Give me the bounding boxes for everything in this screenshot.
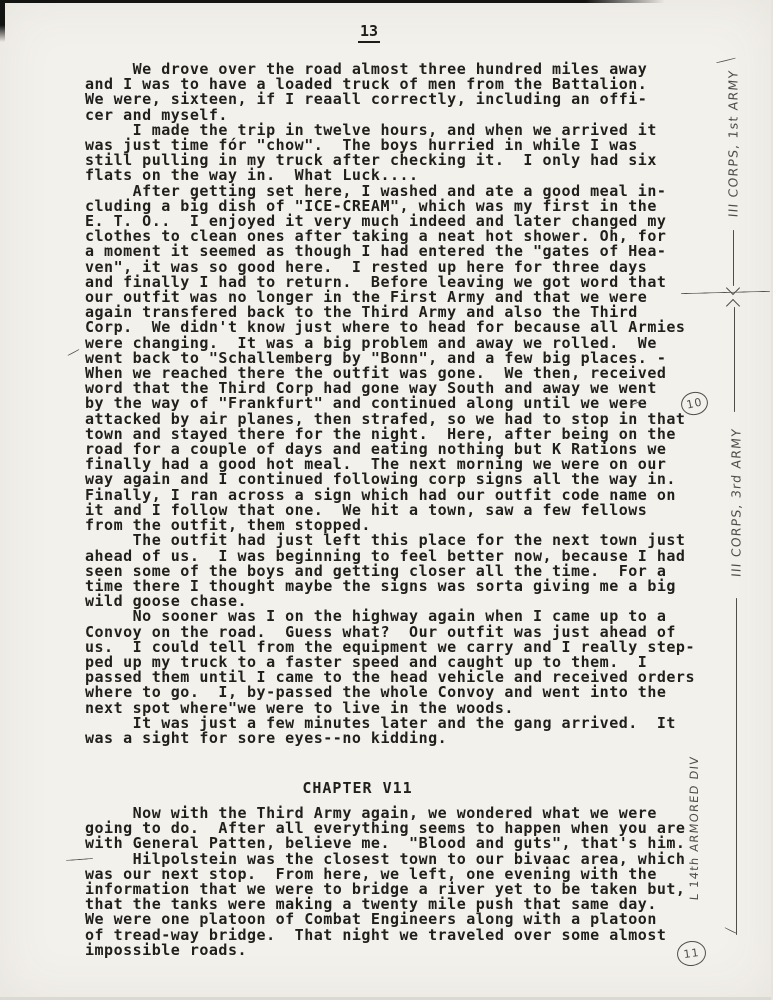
chapter-heading: CHAPTER V11 bbox=[85, 779, 630, 797]
pencil-hook bbox=[724, 927, 736, 934]
page-number-text: 13 bbox=[358, 22, 380, 43]
arrow-up-icon bbox=[726, 299, 740, 313]
body-text-lower: Now with the Third Army again, we wonder… bbox=[85, 806, 685, 958]
arrow-down-icon bbox=[726, 281, 740, 295]
document-page: 13 We drove over the road almost three h… bbox=[0, 0, 773, 1000]
page-number: 13 bbox=[85, 22, 653, 40]
scan-edge-top bbox=[0, 0, 665, 3]
body-text-upper: We drove over the road almost three hund… bbox=[85, 62, 695, 746]
margin-note-first-army: III CORPS, 1st ARMY bbox=[726, 53, 741, 234]
margin-line-mid-upper bbox=[734, 307, 735, 412]
margin-line-bottom bbox=[736, 598, 737, 935]
margin-line-top bbox=[733, 230, 734, 286]
scan-edge-corner bbox=[0, 0, 5, 42]
margin-note-armored-div: L 14th ARMORED DIV bbox=[687, 734, 701, 921]
margin-note-third-army: III CORPS, 3rd ARMY bbox=[729, 408, 744, 597]
check-mark-left bbox=[68, 349, 80, 356]
